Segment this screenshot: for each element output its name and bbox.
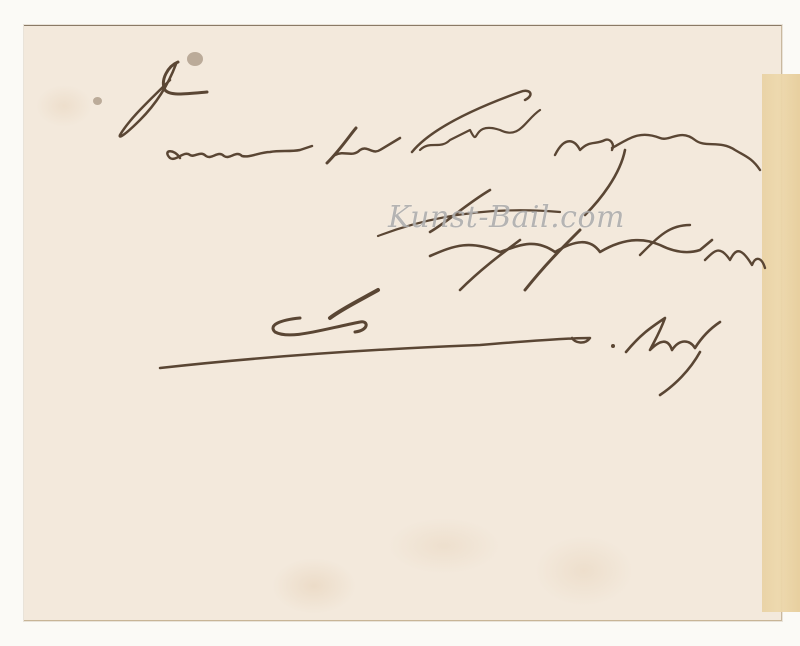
- handwriting-strokes: [0, 0, 800, 646]
- watermark: Kunst-Bail.com: [388, 200, 625, 235]
